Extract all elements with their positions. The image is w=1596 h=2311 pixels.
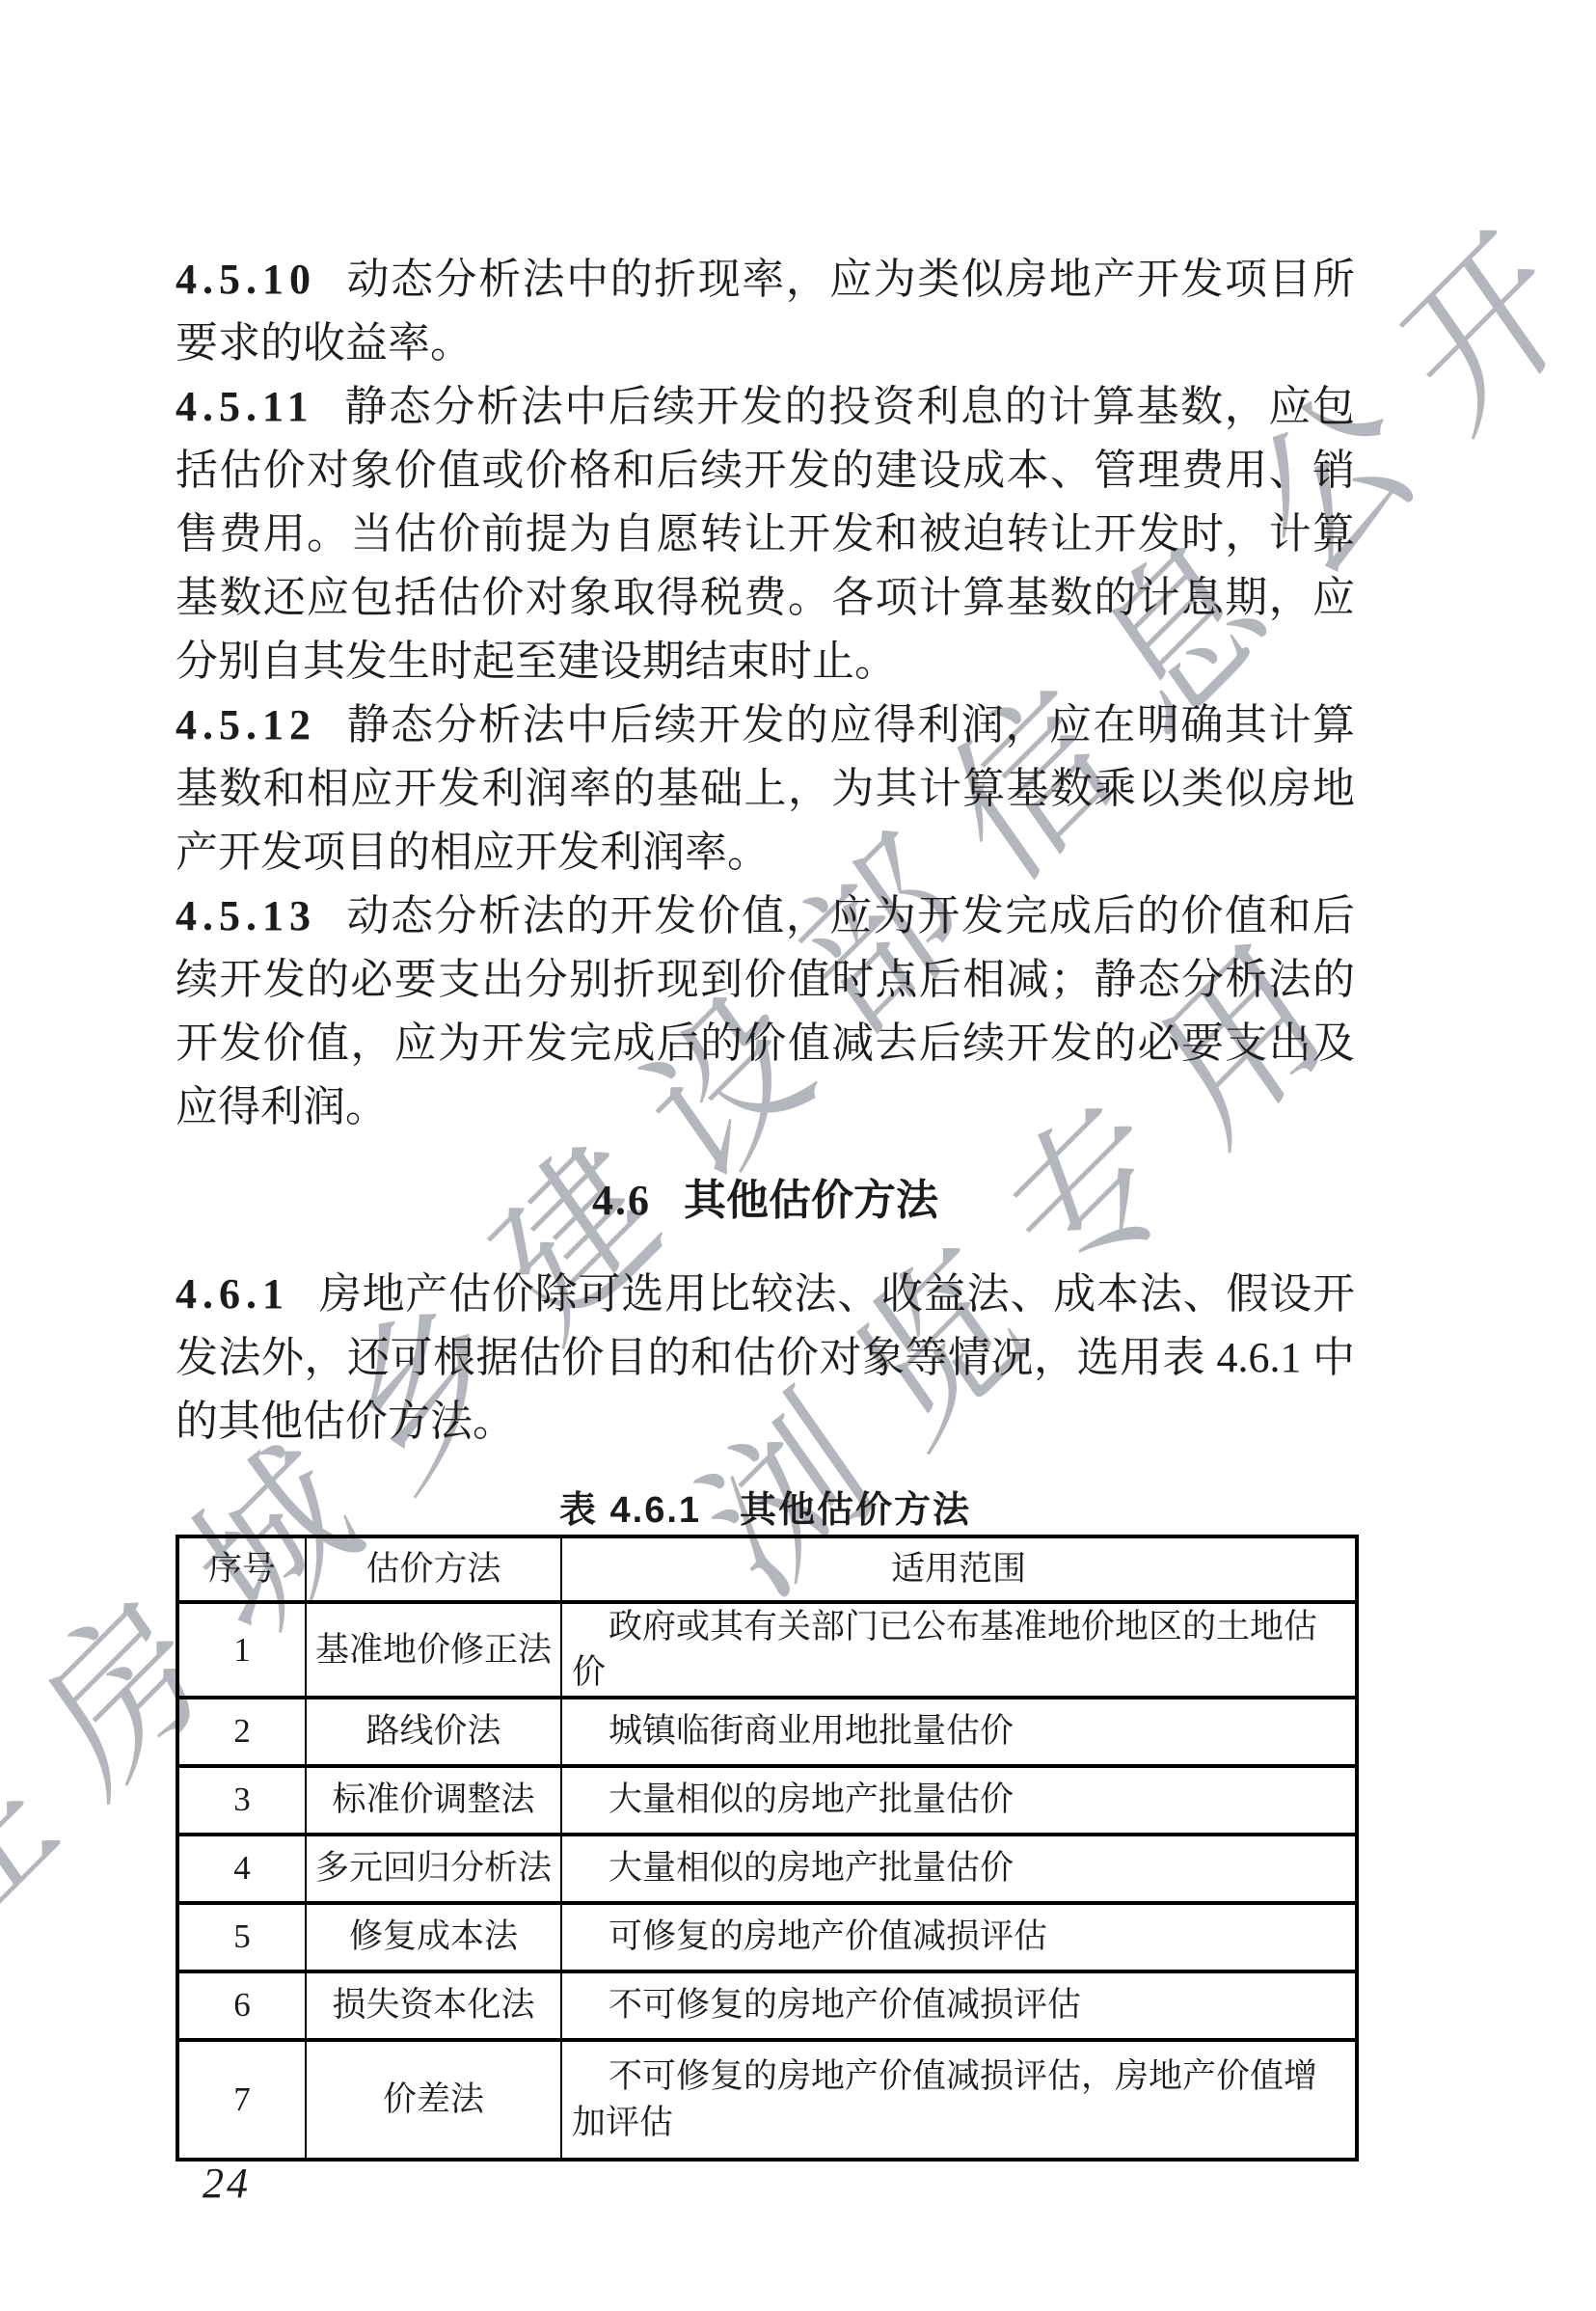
- cell-method: 路线价法: [306, 1698, 561, 1766]
- cell-no: 6: [177, 1971, 306, 2040]
- table-row: 3 标准价调整法 大量相似的房地产批量估价: [177, 1766, 1357, 1835]
- clause-text: 静态分析法中后续开发的应得利润，应在明确其计算基数和相应开发利润率的基础上，为其…: [176, 701, 1355, 876]
- cell-no: 2: [177, 1698, 306, 1766]
- table-row: 7 价差法 不可修复的房地产价值减损评估，房地产价值增加评估: [177, 2040, 1357, 2160]
- cell-no: 7: [177, 2040, 306, 2160]
- body-text: 4.5.10动态分析法中的折现率，应为类似房地产开发项目所要求的收益率。 4.5…: [176, 248, 1355, 1139]
- clause-number: 4.5.10: [176, 256, 316, 303]
- methods-table: 序号 估价方法 适用范围 1 基准地价修正法 政府或其有关部门已公布基准地价地区…: [176, 1535, 1359, 2161]
- cell-scope: 政府或其有关部门已公布基准地价地区的土地估价: [561, 1602, 1357, 1698]
- cell-method: 多元回归分析法: [306, 1835, 561, 1903]
- cell-method: 标准价调整法: [306, 1766, 561, 1835]
- cell-method: 价差法: [306, 2040, 561, 2160]
- clause-number: 4.6.1: [176, 1270, 289, 1318]
- document-page: 住房城乡建设部信息公开 浏览专用 4.5.10动态分析法中的折现率，应为类似房地…: [0, 0, 1596, 2311]
- col-header-method: 估价方法: [306, 1536, 561, 1602]
- clause-number: 4.5.13: [176, 892, 316, 939]
- clause-4-6-1: 4.6.1房地产估价除可选用比较法、收益法、成本法、假设开发法外，还可根据估价目…: [176, 1263, 1355, 1454]
- table-caption: 表 4.6.1 其他估价方法: [176, 1479, 1355, 1542]
- cell-no: 5: [177, 1903, 306, 1971]
- table-row: 2 路线价法 城镇临街商业用地批量估价: [177, 1698, 1357, 1766]
- cell-scope: 可修复的房地产价值减损评估: [561, 1903, 1357, 1971]
- table-row: 4 多元回归分析法 大量相似的房地产批量估价: [177, 1835, 1357, 1903]
- section-title: 其他估价方法: [684, 1177, 938, 1224]
- cell-method: 损失资本化法: [306, 1971, 561, 2040]
- table-row: 1 基准地价修正法 政府或其有关部门已公布基准地价地区的土地估价: [177, 1602, 1357, 1698]
- cell-no: 4: [177, 1835, 306, 1903]
- table-row: 6 损失资本化法 不可修复的房地产价值减损评估: [177, 1971, 1357, 2040]
- table-header-row: 序号 估价方法 适用范围: [177, 1536, 1357, 1602]
- clause-text: 动态分析法中的折现率，应为类似房地产开发项目所要求的收益率。: [176, 256, 1355, 367]
- clause-text: 静态分析法中后续开发的投资利息的计算基数，应包括估价对象价值或价格和后续开发的建…: [176, 383, 1355, 685]
- cell-method: 基准地价修正法: [306, 1602, 561, 1698]
- col-header-scope: 适用范围: [561, 1536, 1357, 1602]
- cell-method: 修复成本法: [306, 1903, 561, 1971]
- clause-number: 4.5.12: [176, 701, 316, 748]
- clause-4-5-13: 4.5.13动态分析法的开发价值，应为开发完成后的价值和后续开发的必要支出分别折…: [176, 884, 1355, 1139]
- cell-scope: 城镇临街商业用地批量估价: [561, 1698, 1357, 1766]
- col-header-no: 序号: [177, 1536, 306, 1602]
- cell-no: 1: [177, 1602, 306, 1698]
- table-row: 5 修复成本法 可修复的房地产价值减损评估: [177, 1903, 1357, 1971]
- cell-scope: 不可修复的房地产价值减损评估: [561, 1971, 1357, 2040]
- clause-4-5-10: 4.5.10动态分析法中的折现率，应为类似房地产开发项目所要求的收益率。: [176, 248, 1355, 375]
- cell-no: 3: [177, 1766, 306, 1835]
- clause-text: 动态分析法的开发价值，应为开发完成后的价值和后续开发的必要支出分别折现到价值时点…: [176, 892, 1355, 1130]
- cell-scope: 不可修复的房地产价值减损评估，房地产价值增加评估: [561, 2040, 1357, 2160]
- section-heading: 4.6其他估价方法: [176, 1169, 1355, 1233]
- cell-scope: 大量相似的房地产批量估价: [561, 1835, 1357, 1903]
- cell-scope: 大量相似的房地产批量估价: [561, 1766, 1357, 1835]
- section-number: 4.6: [592, 1177, 651, 1224]
- clause-4-5-12: 4.5.12静态分析法中后续开发的应得利润，应在明确其计算基数和相应开发利润率的…: [176, 693, 1355, 884]
- clause-text: 房地产估价除可选用比较法、收益法、成本法、假设开发法外，还可根据估价目的和估价对…: [176, 1270, 1355, 1445]
- clause-number: 4.5.11: [176, 383, 314, 430]
- clause-4-5-11: 4.5.11静态分析法中后续开发的投资利息的计算基数，应包括估价对象价值或价格和…: [176, 375, 1355, 693]
- page-number: 24: [203, 2159, 251, 2208]
